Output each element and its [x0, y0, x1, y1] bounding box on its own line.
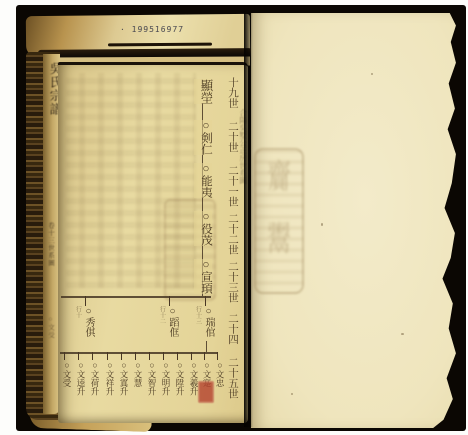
lineage-node-gen20: ○剣仁 [194, 120, 212, 155]
lineage-node-gen22: ○役茂 [194, 211, 212, 246]
lineage-node-gen21: ○能夷 [194, 163, 212, 198]
generation-label-23: 二十三世 [224, 261, 238, 303]
gen25-node-10: ○文羲升 [185, 360, 198, 396]
generation-label-19: 十九世 [224, 77, 238, 109]
lineage-node-gen23: ○宣頊 [194, 259, 212, 294]
generation-label-20: 二十世 [224, 121, 238, 153]
spine-volume-label: 卷十三世系圖 [46, 222, 55, 267]
gen25-node-1: ○文受 [58, 360, 71, 387]
gen25-node-2: ○文逵升 [72, 360, 85, 396]
gen25-node-4: ○文祥升 [101, 360, 114, 396]
gen25-node-5: ○文寘升 [115, 360, 128, 396]
paper-speck [401, 333, 404, 335]
spine-text-fragment: ○文受 [46, 316, 55, 339]
gen24-node-2: ○蹈㑌行十二 [162, 306, 178, 337]
paper-speck [371, 73, 373, 75]
seal-glyph-bottom: 鬻 [256, 211, 302, 260]
seal-glyph-top: 齎 [256, 149, 302, 198]
gen24-node-1: ○秀倛行十 [78, 306, 94, 337]
accession-number-stamp: · 199516977 [120, 25, 184, 34]
gen25-node-3: ○文荷升 [86, 360, 99, 396]
ancestor-node: 顯塋 [194, 79, 212, 104]
paper-speck [321, 223, 323, 226]
faint-seal-impression: 齎 鬻 [254, 148, 304, 294]
gen24-note-3: 行十三 [191, 306, 203, 337]
gen25-node-8: ○文明升 [157, 360, 170, 396]
gen24-name-1: ○秀倛 [83, 306, 94, 337]
red-collector-seal [198, 381, 214, 403]
gen24-node-3: ○瑞倌行十三 [198, 306, 214, 337]
generation-label-24: 二十四 [224, 313, 238, 345]
left-page: 十九世 二十世 二十一世 二十二世 二十三世 二十四 二十五世 合陽吳墅公正房世… [58, 62, 248, 423]
generation-label-21: 二十一世 [224, 165, 238, 207]
branch-line-gen25 [60, 352, 218, 354]
generation-label-22: 二十二世 [224, 213, 238, 255]
branch-riser [206, 341, 207, 352]
book-fore-edge: 吳氏宗譜 卷十三世系圖 ○文受 [26, 52, 60, 420]
gen25-node-9: ○文陞升 [171, 360, 184, 396]
gen25-node-6: ○文慧 [129, 360, 142, 387]
branch-line-gen24 [61, 296, 211, 298]
gen25-node-7: ○文智升 [143, 360, 156, 396]
paper-speck [291, 393, 293, 395]
right-page: 齎 鬻 [251, 13, 458, 428]
gutter-shadow [244, 13, 253, 427]
gen24-note-1: 行十 [71, 306, 83, 337]
generation-label-25: 二十五世 [224, 357, 238, 399]
gen24-name-3: ○瑞倌 [203, 306, 214, 337]
gen24-note-2: 行十二 [155, 306, 167, 337]
book-photograph: · 199516977 吳氏宗譜 卷十三世系圖 ○文受 十九世 二十世 二十一世… [0, 0, 468, 435]
gen24-name-2: ○蹈㑌 [167, 306, 178, 337]
